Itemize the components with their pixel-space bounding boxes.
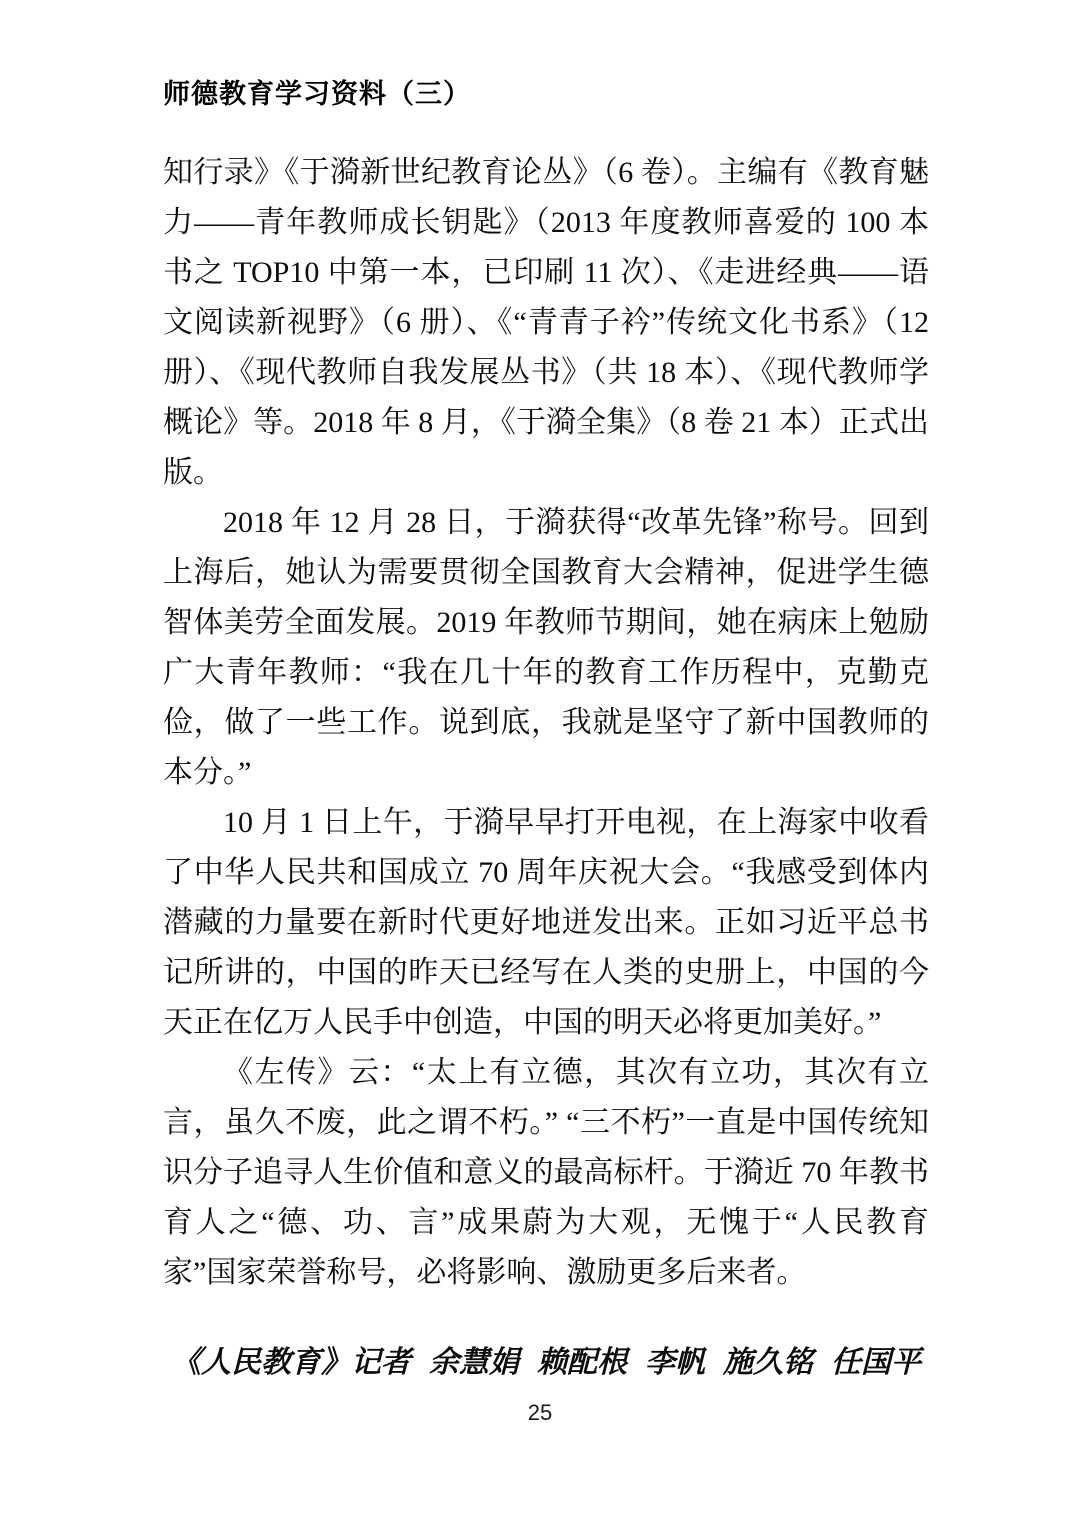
paragraph-reform-pioneer: 2018 年 12 月 28 日，于漪获得“改革先锋”称号。回到上海后，她认为需… — [163, 498, 929, 798]
document-body: 知行录》《于漪新世纪教育论丛》（6 卷）。主编有《教育魅力——青年教师成长钥匙》… — [163, 148, 929, 1388]
document-page: 师德教育学习资料（三） 知行录》《于漪新世纪教育论丛》（6 卷）。主编有《教育魅… — [0, 0, 1080, 1527]
paragraph-continuation: 知行录》《于漪新世纪教育论丛》（6 卷）。主编有《教育魅力——青年教师成长钥匙》… — [163, 148, 929, 498]
byline: 《人民教育》记者 余慧娟 赖配根 李帆 施久铭 任国平 — [163, 1338, 929, 1388]
paragraph-national-day: 10 月 1 日上午，于漪早早打开电视，在上海家中收看了中华人民共和国成立 70… — [163, 798, 929, 1048]
paragraph-zuozhuan: 《左传》云：“太上有立德，其次有立功，其次有立言，虽久不废，此之谓不朽。” “三… — [163, 1048, 929, 1298]
page-header-title: 师德教育学习资料（三） — [163, 72, 471, 111]
page-footer: 25 — [0, 1400, 1080, 1426]
page-number: 25 — [528, 1400, 552, 1425]
